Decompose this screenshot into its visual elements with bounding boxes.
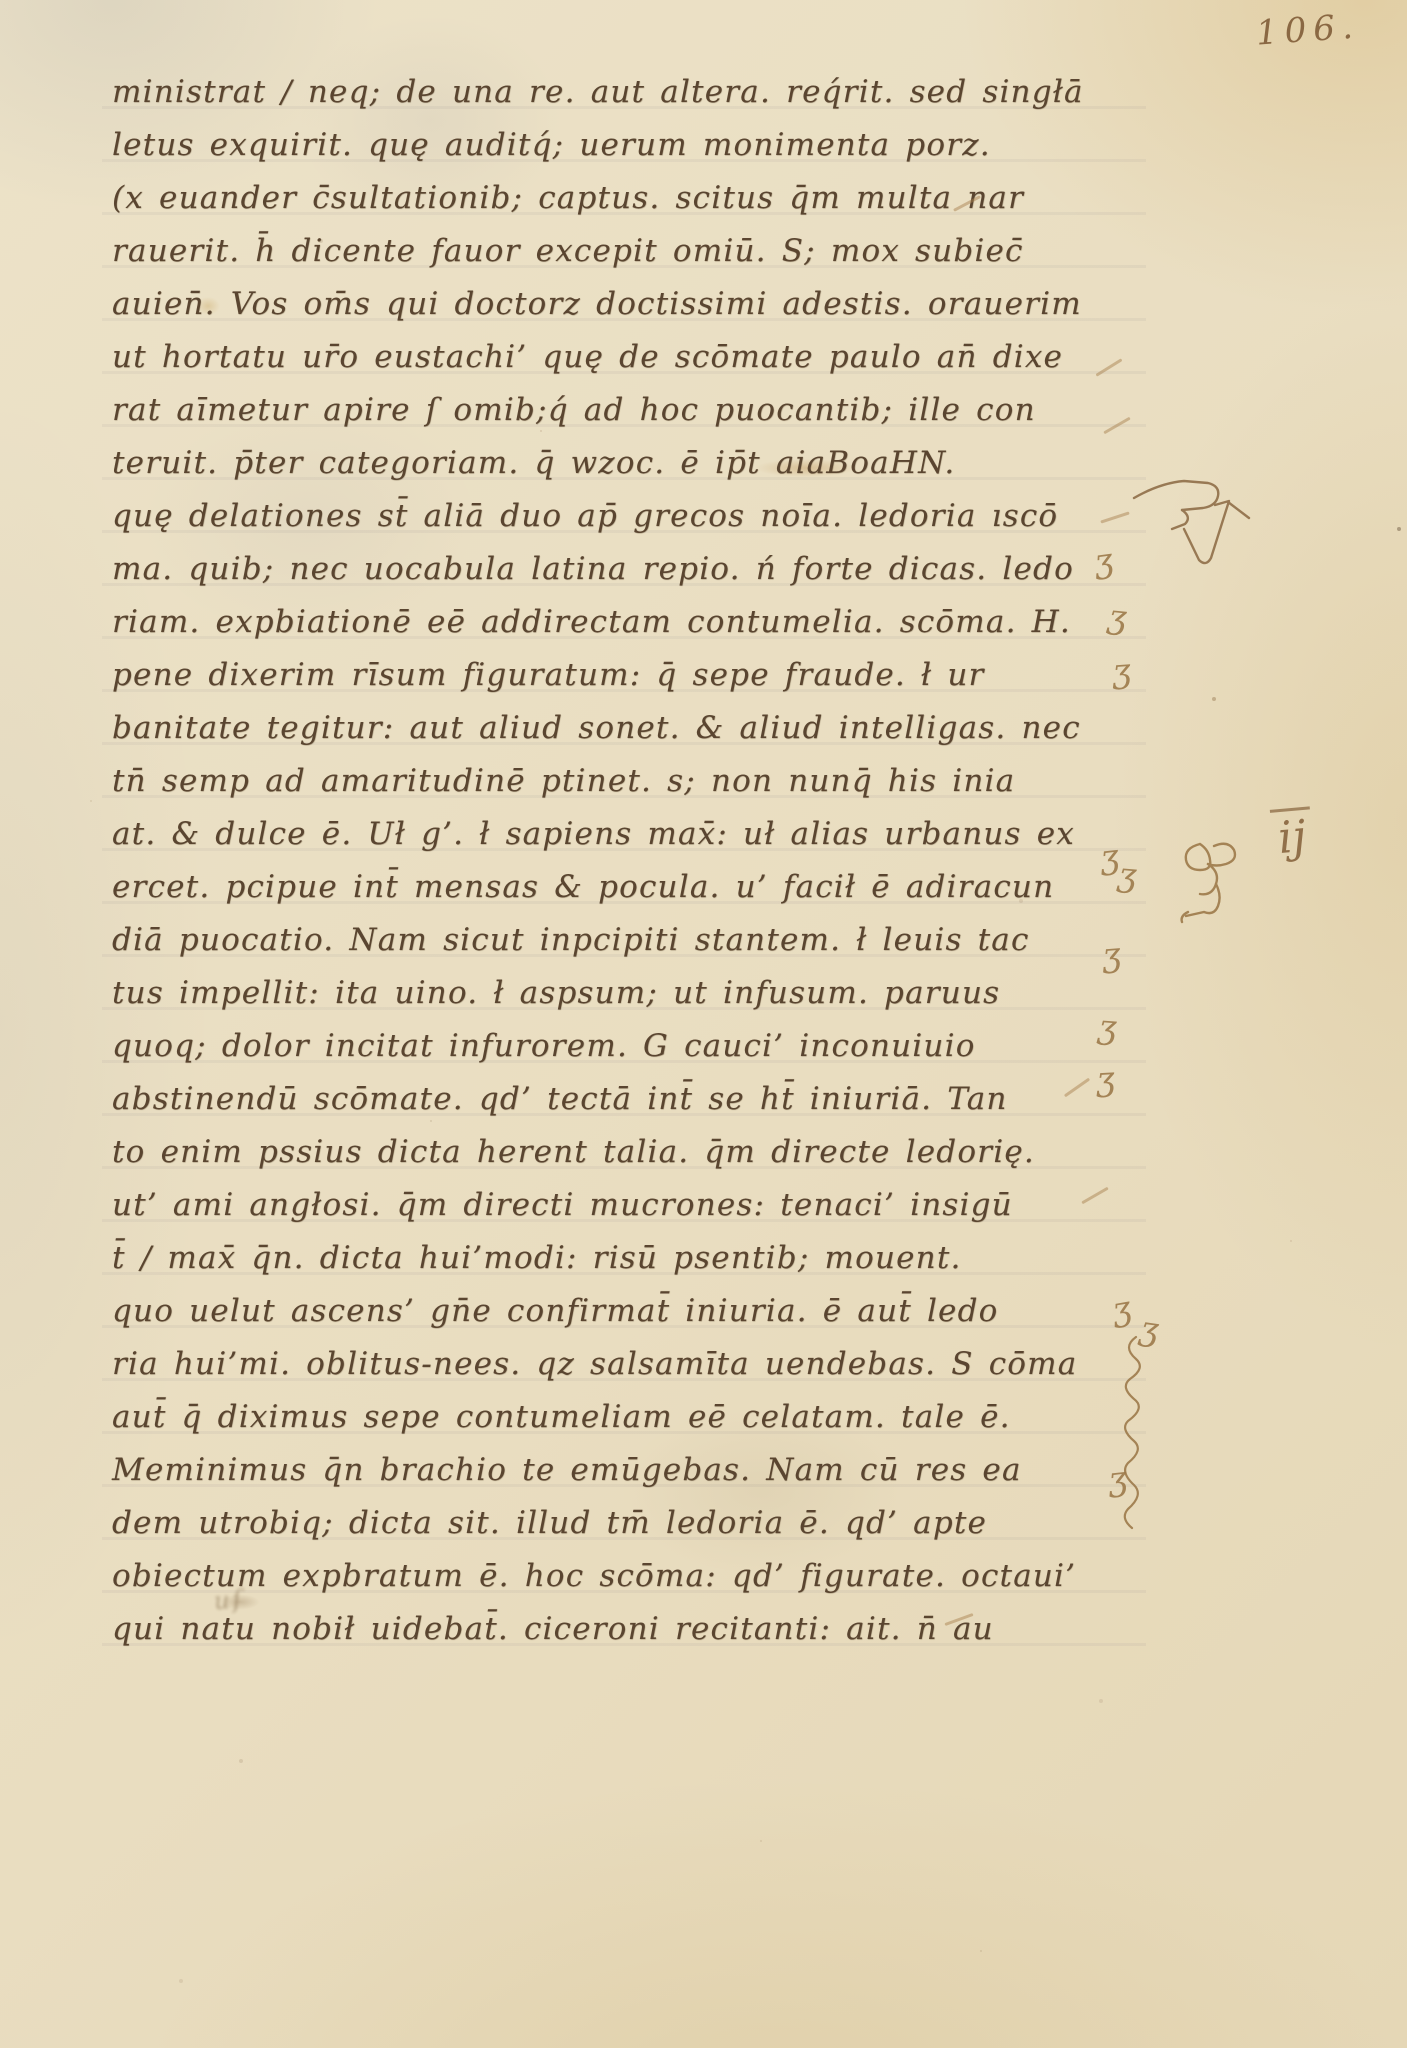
- manuscript-line: pene dixerim rīsum figuratum: q̄ sepe fr…: [112, 649, 1122, 702]
- text-block: ministrat / neq; de una re. aut altera. …: [112, 66, 1122, 1656]
- manuscript-line: auien̄. Vos om̄s qui doctorz doctissimi …: [112, 278, 1122, 331]
- manuscript-line: aut̄ q̄ diximus sepe contumeliam eē cela…: [112, 1391, 1122, 1444]
- monogram-mark: [1178, 836, 1248, 929]
- manuscript-line: ma. quib; nec uocabula latina repio. ń f…: [112, 543, 1122, 596]
- manuscript-line: at. & dulce ē. Uł g’. ł sapiens max̄: uł…: [112, 808, 1122, 861]
- manuscript-line: rat aīmetur apire ſ omib;q́ ad hoc puoca…: [112, 384, 1122, 437]
- manuscript-line: riam. expbiationē eē addirectam contumel…: [112, 596, 1122, 649]
- manuscript-line: teruit. p̄ter categoriam. q̄ wzoc. ē ip̄…: [112, 437, 1122, 490]
- manuscript-line: diā puocatio. Nam sicut inpcipiti stante…: [112, 914, 1122, 967]
- manuscript-line: rauerit. h̄ dicente fauor excepit omiū. …: [112, 225, 1122, 278]
- manuscript-line: to enim pssius dicta herent talia. q̄m d…: [112, 1126, 1122, 1179]
- manuscript-line: obiectum expbratum ē. hoc scōma: qd’ fig…: [112, 1550, 1122, 1603]
- manuscript-line: quę delationes st̄ aliā duo ap̄ grecos n…: [112, 490, 1122, 543]
- manuscript-line: quo uelut ascens’ gn̄e confirmat̄ iniuri…: [112, 1285, 1122, 1338]
- manuscript-line: dem utrobiq; dicta sit. illud tm̄ ledori…: [112, 1497, 1122, 1550]
- manuscript-line: quoq; dolor incitat infurorem. G cauci’ …: [112, 1020, 1122, 1073]
- manuscript-line: tn̄ semp ad amaritudinē ptinet. s; non n…: [112, 755, 1122, 808]
- manuscript-line: qui natu nobił uidebat̄. ciceroni recita…: [112, 1603, 1122, 1656]
- manuscript-line: t̄ / max̄ q̄n. dicta hui’modi: risū psen…: [112, 1232, 1122, 1285]
- manuscript-line: (x euander c̄sultationib; captus. scitus…: [112, 172, 1122, 225]
- manuscript-line: ministrat / neq; de una re. aut altera. …: [112, 66, 1122, 119]
- manicule-icon: [1128, 466, 1256, 575]
- parchment-speckles: [0, 0, 2, 2]
- manuscript-line: ercet. pcipue int̄ mensas & pocula. u’ f…: [112, 861, 1122, 914]
- manuscript-line: tus impellit: ita uino. ł aspsum; ut inf…: [112, 967, 1122, 1020]
- manuscript-line: ria hui’mi. oblitus-nees. qz salsamīta u…: [112, 1338, 1122, 1391]
- manuscript-line: abstinendū scōmate. qd’ tectā int̄ se ht…: [112, 1073, 1122, 1126]
- manuscript-page: 106. ministrat / neq; de una re. aut alt…: [0, 0, 1407, 2048]
- roman-numeral-ii: ij: [1270, 806, 1314, 861]
- manuscript-line: ut hortatu ur̄o eustachi’ quę de scōmate…: [112, 331, 1122, 384]
- manuscript-line: ut’ ami angłosi. q̄m directi mucrones: t…: [112, 1179, 1122, 1232]
- folio-number: 106.: [1255, 6, 1361, 53]
- manuscript-line: banitate tegitur: aut aliud sonet. & ali…: [112, 702, 1122, 755]
- manuscript-line: letus exquirit. quę auditq́; uerum monim…: [112, 119, 1122, 172]
- manuscript-line: Meminimus q̄n brachio te emūgebas. Nam c…: [112, 1444, 1122, 1497]
